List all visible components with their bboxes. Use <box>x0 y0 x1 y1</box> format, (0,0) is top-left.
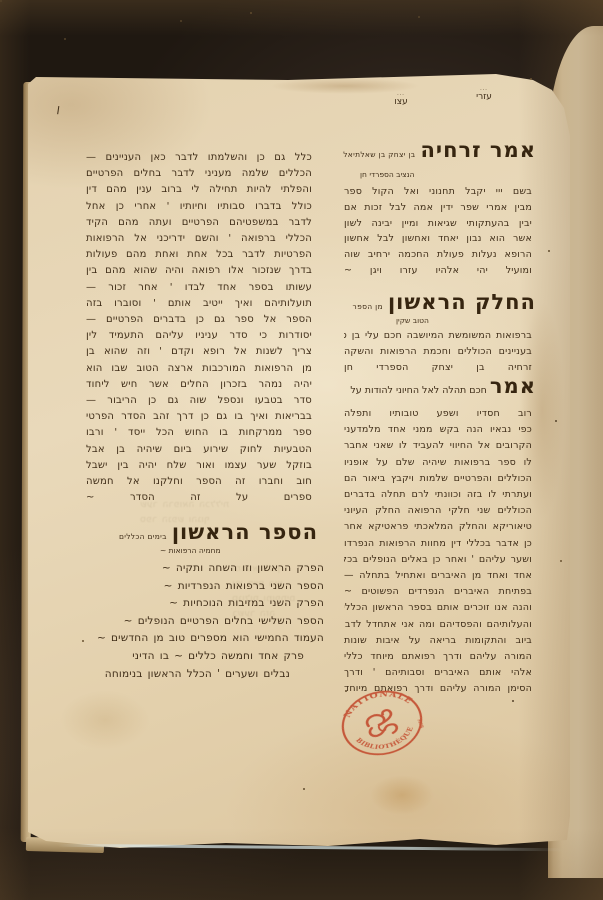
text-line: כפי נבאיו הנה בקש ממני אחד מלמדעני <box>344 422 532 438</box>
text-line: הספר אל ספר גם כן בדברים הפרטיים — <box>86 312 312 328</box>
text-line: לו ספר ברפואות שיהיה שלם על אופניו <box>344 455 532 471</box>
chapter-list-item: הפרק הראשון וזו השחה ותקיה ~ <box>86 560 324 578</box>
amar-heading-row: אמר חכם תהלה לאל החיוני להודות על <box>344 374 536 398</box>
text-line: הטבעיות לחוק שירוע ביום שיהיה בן אבל <box>86 442 312 458</box>
header-word-right: ··· עזרי <box>466 88 502 102</box>
right-column-opening: בשם ייי יקבל תחנוני ואל הקול ספרמבין אמר… <box>344 184 532 279</box>
part-one-heading-sub: הטוב שקין <box>344 316 532 325</box>
manuscript-photo: ··· עזרי ··· עצו ן אמר זרחיה בן יצחק בן … <box>0 0 603 900</box>
text-line: אחד ואחד מן האיברים ואתחיל בתחלה — <box>344 568 532 584</box>
text-line: יבין בהעתקותי שגיאות ומיין יבינה לשון <box>344 216 532 232</box>
text-line: עשותו בספר אחד לבדו ' אחר זכור — <box>86 280 312 296</box>
book-one-heading-row: הספר הראשון בימים הכללים <box>86 520 318 544</box>
opening-heading-side: בן יצחק בן שאלתיאל <box>343 150 415 159</box>
text-line: טיאוריקא והחלק המלאכתי פראטיקא אחר <box>344 519 532 535</box>
book-one-heading-side: בימים הכללים <box>119 532 167 541</box>
text-line: אלהי אותם האיברים וסבותיהם ' ודרך <box>344 665 532 681</box>
text-line: יסודרות כי סדר עניניו עליהם התעמיד לין <box>86 328 312 344</box>
text-line: רוב חסדיו ושפע טובותיו ותפלה <box>344 406 532 422</box>
text-line: בשם ייי יקבל תחנוני ואל הקול ספר <box>344 184 532 200</box>
chapter-list-item: פרק אחד וחמשה כללים ~ בו הדיני <box>86 648 324 666</box>
text-line: הרופא נעלות פעולת החכמה ירחיב שוה <box>344 247 532 263</box>
text-line: מן הרפואות המורכבות ארצה הטוב שבו הוא <box>86 361 312 377</box>
text-line: ברפואות המשומשת המיושבה חכם עלי בן סינא <box>344 328 532 344</box>
header-word-text: עזרי <box>476 92 492 102</box>
text-line: סדר בטבעו ונספל שוה גם כן הריבור — <box>86 393 312 409</box>
left-column-body: כלל גם כן והשלמתו לדבר כאן העניינים —הכל… <box>86 150 312 506</box>
text-line: ומועיל יהי אלהיו עזרו ויגן ~ <box>344 263 532 279</box>
chapter-list-item: הפרק השני במזיבות הנוכחיות ~ <box>86 595 324 613</box>
text-line: הקרובים אל החיווי להעביד לו שאני אחבר <box>344 438 532 454</box>
stamp-monogram <box>365 709 397 738</box>
header-word-text: עצו <box>394 97 407 107</box>
opening-heading-row: אמר זרחיה בן יצחק בן שאלתיאל <box>344 138 536 162</box>
text-line: כולל בדברו סבותיו וחיותיו ' אחרי כן אחל <box>86 199 312 215</box>
opening-heading-sub: הנציב הספרדי חן <box>344 170 532 179</box>
stamp-mss-text: MSS <box>416 718 425 728</box>
text-line: בפתיחת האיברים הנפרדים הפשוטים ~ <box>344 584 532 600</box>
text-line: ביוב והתקומות בריאה על איבות שונות <box>344 633 532 649</box>
text-line: כלל גם כן והשלמתו לדבר כאן העניינים — <box>86 150 312 166</box>
amar-first-line: חכם תהלה לאל החיוני להודות על <box>350 385 486 396</box>
ink-specks <box>0 0 2 2</box>
text-line: הכללי ברפואה ' והשם ידריכני אל הרפואות <box>86 231 312 247</box>
text-line: בעניינים הכוללים וחכמת הרפואות והשקה <box>344 344 532 360</box>
text-line: הכוללים והפרטיים שלמות ויקבץ ביאור הם <box>344 471 532 487</box>
chapter-list: הפרק הראשון וזו השחה ותקיה ~הספר השני בר… <box>86 560 324 683</box>
text-line: צריך לשנות אל רופא וקדם ' וזה שהוא בן <box>86 344 312 360</box>
chapter-list-item: נבלים ושערים ' הכלל הראשון בנימוחה <box>86 666 324 684</box>
text-line: ועתרתי לו בזה וכוונתי לרם תחלה בדברים <box>344 487 532 503</box>
chapter-list-item: הספר השלישי בחלים הפרטיים הנופלים ~ <box>86 613 324 631</box>
text-line: מבין אמרי שפר ידין אמה לבל זכות אם <box>344 200 532 216</box>
text-line: הכללים שלמה מעניני לדבר בחלים הפרטיים <box>86 166 312 182</box>
text-line: המורה עליהם ודרך רפואתם מיוחד כללי <box>344 649 532 665</box>
text-line: חוב וחברו זה הספר וחלקנו אל חמשה <box>86 474 312 490</box>
text-line: אשר הוא נבון יאחד ואחשון לבל אחשון <box>344 231 532 247</box>
header-word-left: ··· עצו <box>386 93 416 107</box>
text-line: ספרים על זה הסדר ~ <box>86 490 312 506</box>
text-line: הכוללים שני חלקי הרפואה החלק העיוני <box>344 503 532 519</box>
text-line: תועלותיהם ואיך ייטיב אותם ' וסוברו בזה <box>86 296 312 312</box>
book-one-heading-sub: מחמיה הרפואות ~ <box>86 546 312 555</box>
text-line: ספר ממרקחות בו החוש הכל ייסד ' ורבו <box>86 425 312 441</box>
text-line: והעלותיהם והפסדיהם ומה אני אתחדל לדבר <box>344 617 532 633</box>
opening-heading: אמר זרחיה <box>420 138 536 162</box>
part-one-heading: החלק הראשון <box>388 290 536 314</box>
part-one-heading-row: החלק הראשון מן הספר <box>344 290 536 314</box>
chapter-list-item: הספר השני ברפואות הנפרדיות ~ <box>86 578 324 596</box>
right-column-intro: ברפואות המשומשת המיושבה חכם עלי בן סינאב… <box>344 328 532 375</box>
text-line: ושער עליהם ' ואחר כן באלים הנופלים בכל <box>344 552 532 568</box>
right-column-body: רוב חסדיו ושפע טובותיו ותפלהכפי נבאיו הנ… <box>344 406 532 698</box>
amar-word: אמר <box>490 374 536 398</box>
text-line: הפרטיות לדבר בכל אחת ואחת מהם פעולות <box>86 247 312 263</box>
text-line: והנה אנו זוכרים אותם בספר הראשון הכללי <box>344 600 532 616</box>
text-line: לדבר במשפטיהם הפרטיים ועתה מהם הקיד <box>86 215 312 231</box>
text-line: כן אדבר בכללי דין מחוות הרפואות הנפרדו <box>344 536 532 552</box>
text-line: בדרך שנזכור אלו רפואה והיה שהוא מהם בין <box>86 263 312 279</box>
text-line: בוזקל שער עצמו ואור שלח יהיה בין ישבל <box>86 458 312 474</box>
chapter-list-item: העמוד החמישי הוא מספרים טוב מן החדשים ~ <box>86 630 324 648</box>
text-line: יהיה נמהר בזכרון החלים אשר חיש ליחוד <box>86 377 312 393</box>
book-one-heading: הספר הראשון <box>172 520 318 544</box>
part-one-heading-side: מן הספר <box>353 302 383 311</box>
text-line: והפלתי להיות תחילה לי ברוב ענין מהם דין <box>86 182 312 198</box>
text-line: בבריאות ואיך בו גם כן דרך זהב הסדר הפרטי <box>86 409 312 425</box>
